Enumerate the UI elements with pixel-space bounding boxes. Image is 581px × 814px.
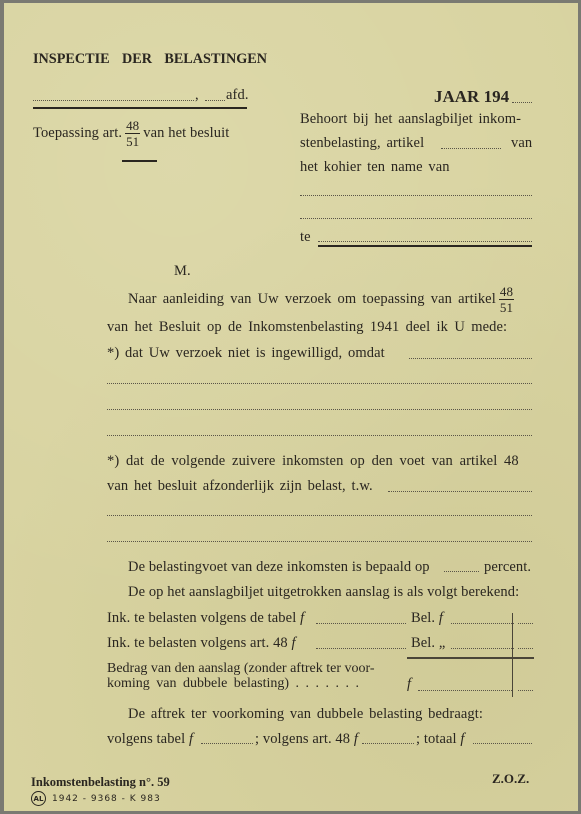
tabel-text: volgens tabel (107, 731, 185, 747)
form-number: Inkomstenbelasting n°. 59 (31, 775, 170, 790)
intro-fraction-numerator: 48 (499, 285, 514, 300)
rate-line-b: percent. (484, 559, 531, 576)
te-field[interactable] (318, 241, 532, 242)
header-divider (33, 107, 247, 109)
row-1-label-text: Ink. te belasten volgens de tabel (107, 610, 296, 626)
deduction-intro: De aftrek ter voorkoming van dubbele bel… (128, 706, 483, 723)
total-text: ; totaal (416, 731, 457, 747)
zoz-label: Z.O.Z. (492, 771, 529, 787)
intro-fraction: 48 51 (499, 285, 514, 314)
ditto-mark: „ (439, 635, 446, 651)
intro-text: Naar aanleiding van Uw verzoek om toepas… (128, 291, 496, 308)
calc-row-1-label: Ink. te belasten volgens de tabel f (107, 610, 304, 627)
printer-code-line: AL 1942 - 9368 - K 983 (31, 791, 161, 806)
deduction-tabel-field[interactable] (201, 743, 253, 744)
deduction-art48-label: ; volgens art. 48 f (255, 731, 358, 748)
bel-label: Bel. (411, 610, 435, 626)
belongs-line-2a: stenbelasting, artikel (300, 135, 424, 152)
cents-column-divider (512, 613, 513, 697)
row-2-income-field[interactable] (316, 648, 406, 649)
income-field-2[interactable] (107, 515, 532, 516)
calc-row-3-line-1: Bedrag van den aanslag (zonder aftrek te… (107, 661, 375, 676)
option-2-line-2: van het besluit afzonderlijk zijn belast… (107, 478, 373, 495)
florin-symbol: f (439, 610, 443, 626)
deduction-tabel-label: volgens tabel f (107, 731, 193, 748)
artikel-field[interactable] (441, 148, 501, 149)
row-2-bel: Bel. „ (411, 635, 445, 652)
bel-label: Bel. (411, 635, 435, 651)
te-underline (318, 245, 532, 247)
year-label: JAAR 194 (434, 87, 509, 107)
belongs-line-3: het kohier ten name van (300, 159, 450, 176)
option-1-text: *) dat Uw verzoek niet is ingewilligd, o… (107, 345, 385, 362)
row-3-amount-field[interactable] (418, 690, 512, 691)
belongs-line-2b: van (511, 135, 532, 152)
intro-line-2: van het Besluit op de Inkomstenbelasting… (107, 319, 507, 336)
fraction-denominator: 51 (126, 134, 139, 148)
row-1-income-field[interactable] (316, 623, 406, 624)
year-field[interactable] (512, 102, 532, 103)
income-field-1[interactable] (388, 491, 532, 492)
row-2-tax-field[interactable] (451, 648, 514, 649)
rate-line-a: De belastingvoet van deze inkomsten is b… (128, 559, 430, 576)
print-code: 1942 - 9368 - K 983 (52, 794, 161, 804)
short-divider (122, 160, 157, 162)
tax-form-page: INSPECTIE DER BELASTINGEN , afd. Toepass… (4, 3, 578, 811)
row-3-cents-field[interactable] (518, 690, 533, 691)
florin-symbol: f (189, 731, 193, 747)
reason-field-2[interactable] (107, 383, 532, 384)
office-location-field[interactable] (33, 100, 194, 101)
reason-field-3[interactable] (107, 409, 532, 410)
printer-mark-icon: AL (31, 791, 46, 806)
application-suffix: van het besluit (143, 125, 229, 142)
article-fraction: 48 51 (125, 119, 140, 148)
row-1-bel: Bel. f (411, 610, 443, 627)
row-1-tax-field[interactable] (451, 623, 514, 624)
reason-field-1[interactable] (409, 358, 532, 359)
sum-rule (407, 657, 534, 659)
te-label: te (300, 229, 311, 246)
office-title: INSPECTIE DER BELASTINGEN (33, 51, 267, 68)
row-1-cents-field[interactable] (518, 623, 533, 624)
percent-field[interactable] (444, 571, 479, 572)
calc-intro: De op het aanslagbiljet uitgetrokken aan… (128, 584, 519, 601)
deduction-art48-field[interactable] (362, 743, 414, 744)
application-line: Toepassing art. 48 51 van het besluit (33, 119, 229, 148)
deduction-total-field[interactable] (473, 743, 532, 744)
florin-symbol: f (300, 610, 304, 626)
deduction-total-label: ; totaal f (416, 731, 465, 748)
salutation: M. (174, 263, 191, 280)
name-field-1[interactable] (300, 195, 532, 196)
calc-row-2-label: Ink. te belasten volgens art. 48 f (107, 635, 296, 652)
name-field-2[interactable] (300, 218, 532, 219)
florin-symbol: f (460, 731, 464, 747)
application-prefix: Toepassing art. (33, 125, 122, 142)
fraction-numerator: 48 (125, 119, 140, 134)
florin-symbol: f (292, 635, 296, 651)
row-2-cents-field[interactable] (518, 648, 533, 649)
intro-fraction-denominator: 51 (500, 300, 513, 314)
row-3-florin: f (407, 676, 411, 693)
intro-line-1: Naar aanleiding van Uw verzoek om toepas… (128, 285, 517, 314)
option-2-line-1: *) dat de volgende zuivere inkomsten op … (107, 453, 519, 470)
row-2-label-text: Ink. te belasten volgens art. 48 (107, 635, 288, 651)
afd-field[interactable] (205, 100, 225, 101)
income-field-3[interactable] (107, 541, 532, 542)
calc-row-3-line-2: koming van dubbele belasting) . . . . . … (107, 676, 359, 691)
afd-comma: , (195, 87, 199, 104)
florin-symbol: f (354, 731, 358, 747)
art48-text: ; volgens art. 48 (255, 731, 350, 747)
belongs-line-1: Behoort bij het aanslagbiljet inkom- (300, 111, 521, 128)
afd-label: afd. (226, 87, 249, 104)
reason-field-4[interactable] (107, 435, 532, 436)
